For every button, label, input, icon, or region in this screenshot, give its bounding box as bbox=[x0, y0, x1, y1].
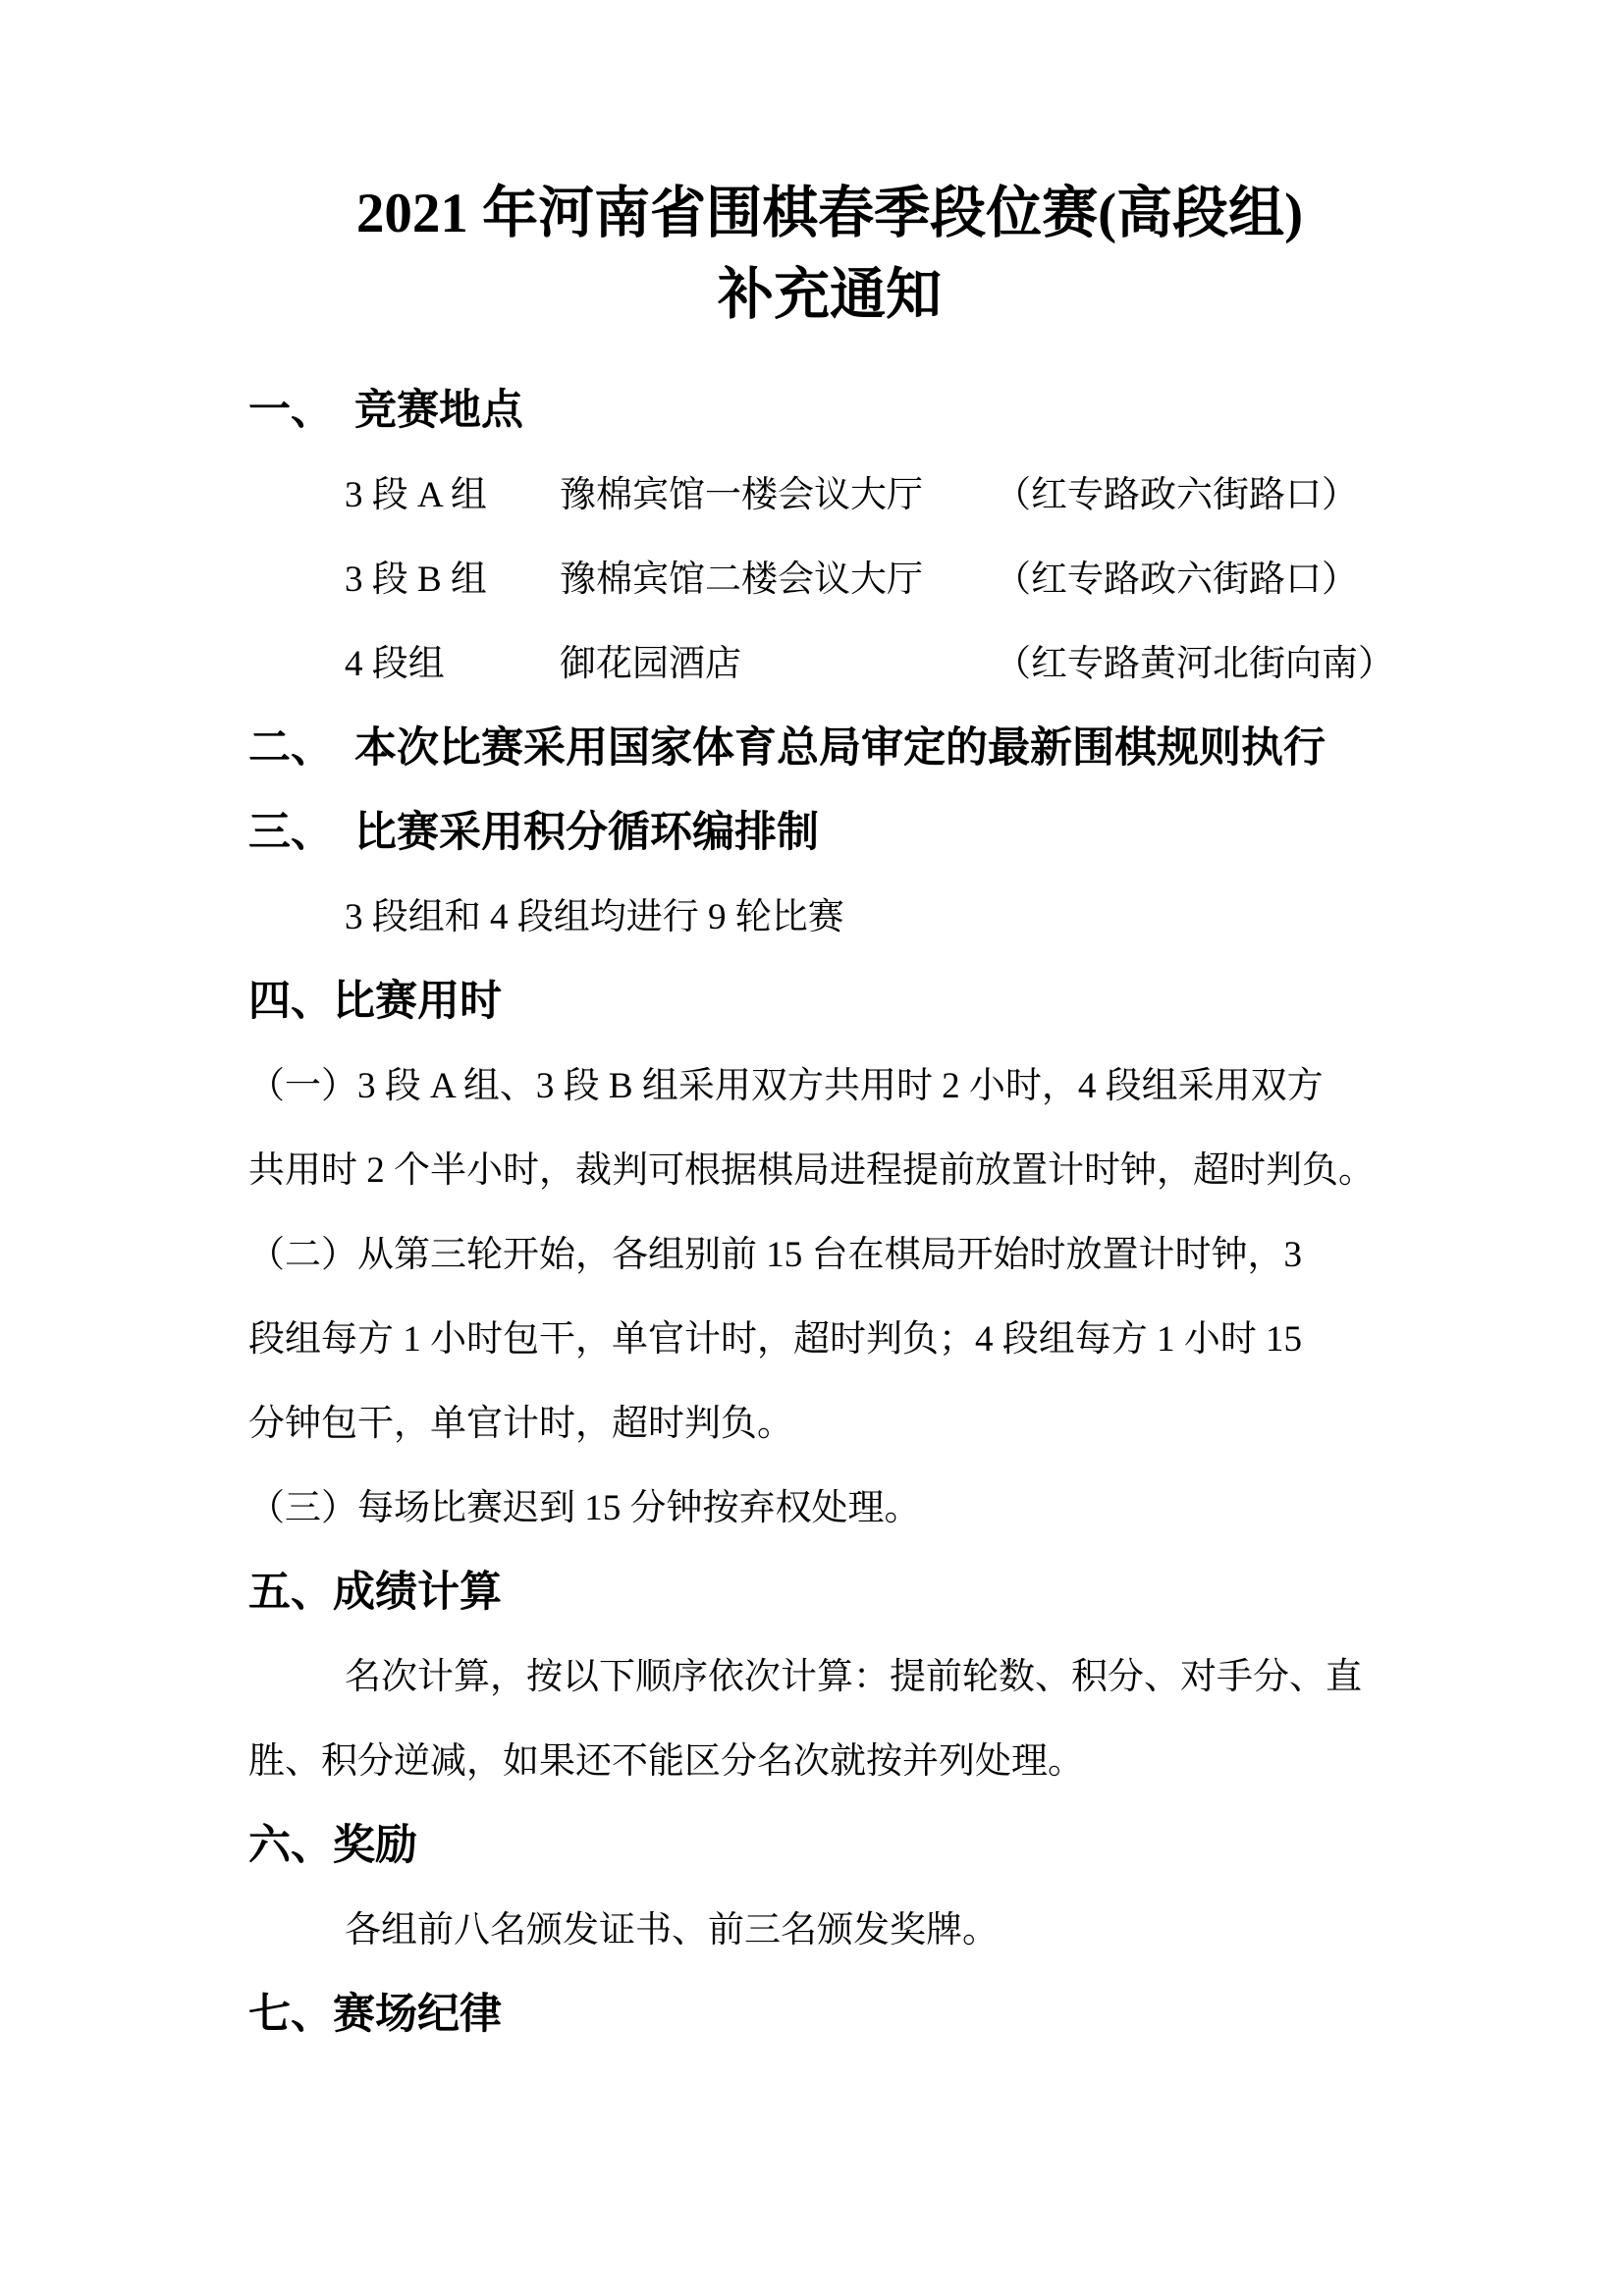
section-3-body: 3 段组和 4 段组均进行 9 轮比赛 bbox=[248, 876, 1411, 960]
location-venue-name: 御花园酒店 bbox=[560, 622, 995, 707]
section-7-heading: 七、赛场纪律 bbox=[248, 1973, 1411, 2057]
section-3-number: 三、 bbox=[248, 791, 354, 876]
doc-title-line1: 2021 年河南省围棋春季段位赛(高段组) bbox=[248, 173, 1411, 254]
section-2-title: 本次比赛采用国家体育总局审定的最新围棋规则执行 bbox=[354, 725, 1326, 772]
location-row-3a: 3 段 A 组 豫棉宾馆一楼会议大厅 （红专路政六街路口） bbox=[248, 454, 1411, 538]
location-address-note: （红专路政六街路口） bbox=[995, 454, 1358, 538]
section-6-body: 各组前八名颁发证书、前三名颁发奖牌。 bbox=[248, 1889, 1411, 1973]
section-5-body-line2: 胜、积分逆减，如果还不能区分名次就按并列处理。 bbox=[248, 1720, 1411, 1804]
location-venue-name: 豫棉宾馆二楼会议大厅 bbox=[560, 538, 995, 622]
location-address-note: （红专路黄河北街向南） bbox=[995, 622, 1394, 707]
section-1-number: 一、 bbox=[248, 369, 354, 454]
location-row-4: 4 段组 御花园酒店 （红专路黄河北街向南） bbox=[248, 622, 1411, 707]
section-4-para1-line1: （一）3 段 A 组、3 段 B 组采用双方共用时 2 小时，4 段组采用双方 bbox=[248, 1044, 1411, 1129]
section-4-para2-line1: （二）从第三轮开始，各组别前 15 台在棋局开始时放置计时钟，3 bbox=[248, 1213, 1411, 1298]
section-4-para2-line3: 分钟包干，单官计时，超时判负。 bbox=[248, 1382, 1411, 1467]
section-4-heading: 四、比赛用时 bbox=[248, 960, 1411, 1044]
section-3-title: 比赛采用积分循环编排制 bbox=[354, 810, 819, 856]
location-venue-name: 豫棉宾馆一楼会议大厅 bbox=[560, 454, 995, 538]
location-row-3b: 3 段 B 组 豫棉宾馆二楼会议大厅 （红专路政六街路口） bbox=[248, 538, 1411, 622]
section-5-heading: 五、成绩计算 bbox=[248, 1551, 1411, 1635]
section-4-para2-line2: 段组每方 1 小时包干，单官计时，超时判负；4 段组每方 1 小时 15 bbox=[248, 1298, 1411, 1382]
section-2-heading: 二、本次比赛采用国家体育总局审定的最新围棋规则执行 bbox=[248, 707, 1411, 791]
location-group-label: 3 段 B 组 bbox=[345, 538, 560, 622]
document-content: 2021 年河南省围棋春季段位赛(高段组) 补充通知 一、竞赛地点 3 段 A … bbox=[248, 173, 1411, 2057]
section-3-heading: 三、比赛采用积分循环编排制 bbox=[248, 791, 1411, 876]
title-body-gap bbox=[248, 336, 1411, 369]
section-6-heading: 六、奖励 bbox=[248, 1804, 1411, 1889]
section-4-para3-line1: （三）每场比赛迟到 15 分钟按弃权处理。 bbox=[248, 1467, 1411, 1551]
doc-title-line2: 补充通知 bbox=[248, 254, 1411, 336]
section-1-title: 竞赛地点 bbox=[354, 388, 523, 434]
document-page: 2021 年河南省围棋春季段位赛(高段组) 补充通知 一、竞赛地点 3 段 A … bbox=[0, 0, 1624, 2296]
section-2-number: 二、 bbox=[248, 707, 354, 791]
location-group-label: 3 段 A 组 bbox=[345, 454, 560, 538]
location-address-note: （红专路政六街路口） bbox=[995, 538, 1358, 622]
location-group-label: 4 段组 bbox=[345, 622, 560, 707]
section-4-para1-line2: 共用时 2 个半小时，裁判可根据棋局进程提前放置计时钟，超时判负。 bbox=[248, 1129, 1411, 1213]
section-1-heading: 一、竞赛地点 bbox=[248, 369, 1411, 454]
section-5-body-line1: 名次计算，按以下顺序依次计算：提前轮数、积分、对手分、直 bbox=[248, 1635, 1411, 1720]
